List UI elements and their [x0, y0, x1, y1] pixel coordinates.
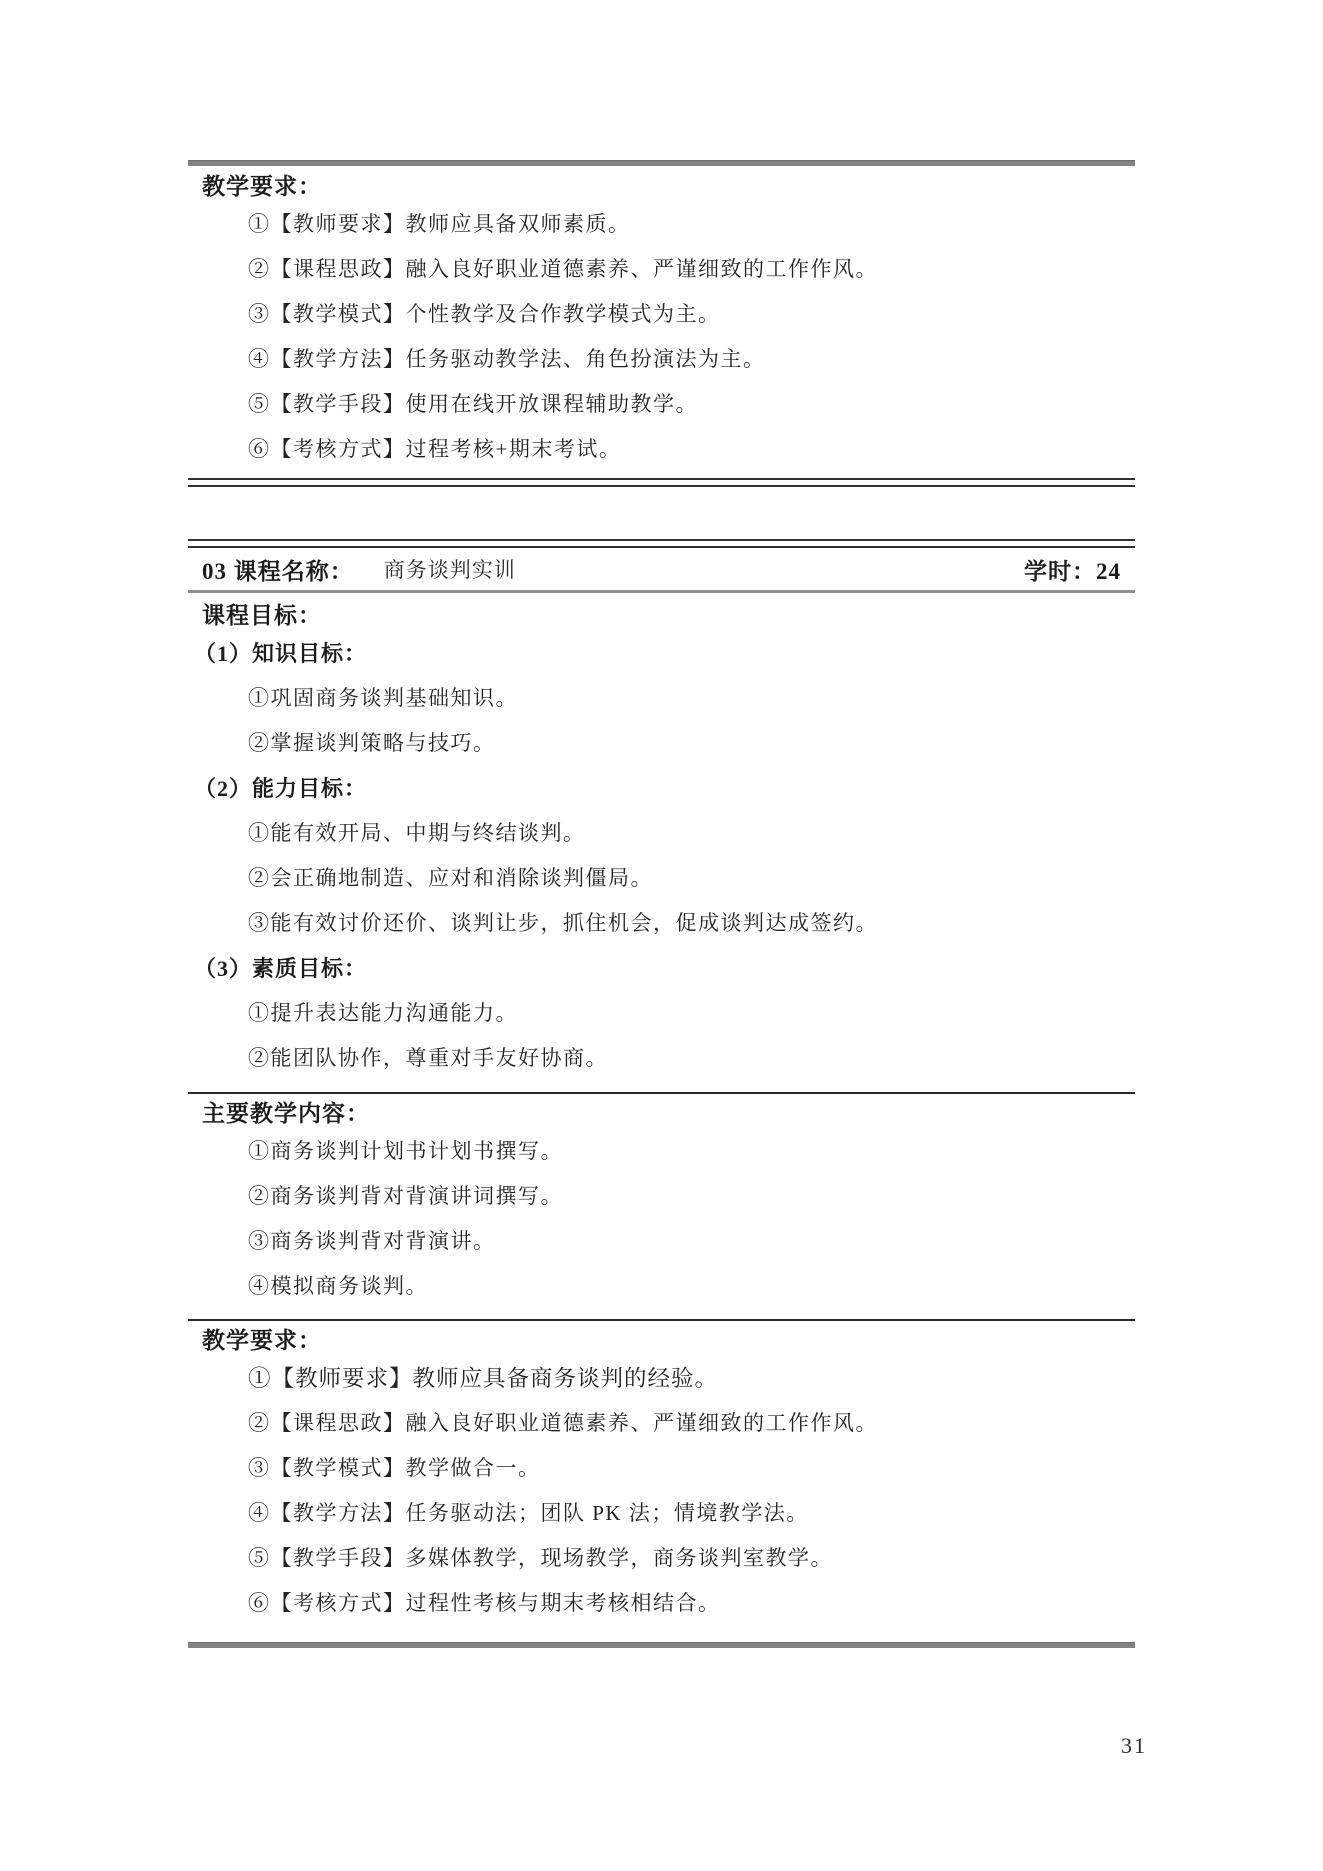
list-item: ①能有效开局、中期与终结谈判。 — [188, 811, 1135, 856]
list-item: ①提升表达能力沟通能力。 — [188, 991, 1135, 1036]
objective-group-title: （3）素质目标： — [188, 946, 1135, 991]
list-item: ②【课程思政】融入良好职业道德素养、严谨细致的工作作风。 — [188, 247, 1135, 292]
list-item: ①【教师要求】教师应具备双师素质。 — [188, 202, 1135, 247]
course-title-row: 03 课程名称： 商务谈判实训 学时：24 — [188, 548, 1135, 590]
double-line-divider — [188, 539, 1135, 548]
section-gap — [188, 487, 1135, 539]
list-item: ②能团队协作，尊重对手友好协商。 — [188, 1036, 1135, 1081]
list-item: ②会正确地制造、应对和消除谈判僵局。 — [188, 856, 1135, 901]
course-hours: 学时：24 — [1024, 553, 1121, 586]
thick-gray-divider-bottom — [188, 1642, 1135, 1648]
page-number: 31 — [1121, 1733, 1147, 1759]
thick-gray-divider-top — [188, 160, 1135, 166]
list-item: ②掌握谈判策略与技巧。 — [188, 721, 1135, 766]
list-item: ④【教学方法】任务驱动教学法、角色扮演法为主。 — [188, 337, 1135, 382]
list-item: ⑤【教学手段】使用在线开放课程辅助教学。 — [188, 382, 1135, 427]
course-name: 商务谈判实训 — [384, 554, 516, 584]
gray-line-divider — [188, 590, 1135, 593]
list-item: ⑥【考核方式】过程考核+期末考试。 — [188, 427, 1135, 472]
thin-line-divider — [188, 1319, 1135, 1321]
double-line-divider — [188, 478, 1135, 487]
section-teaching-requirements-prev-course: 教学要求： ①【教师要求】教师应具备双师素质。 ②【课程思政】融入良好职业道德素… — [188, 160, 1135, 487]
section-course-03: 03 课程名称： 商务谈判实训 学时：24 课程目标： （1）知识目标： ①巩固… — [188, 539, 1135, 1648]
document-body: 教学要求： ①【教师要求】教师应具备双师素质。 ②【课程思政】融入良好职业道德素… — [188, 160, 1135, 1648]
objective-group-title: （1）知识目标： — [188, 631, 1135, 676]
teaching-requirements-heading: 教学要求： — [202, 172, 1135, 202]
list-item: ③【教学模式】教学做合一。 — [188, 1446, 1135, 1491]
list-item: ①巩固商务谈判基础知识。 — [188, 676, 1135, 721]
course-number-label: 03 课程名称： — [202, 553, 354, 586]
list-item: ③商务谈判背对背演讲。 — [188, 1219, 1135, 1264]
objective-group-title: （2）能力目标： — [188, 766, 1135, 811]
teaching-requirements-heading: 教学要求： — [202, 1326, 1135, 1356]
list-item: ④【教学方法】任务驱动法；团队 PK 法；情境教学法。 — [188, 1491, 1135, 1536]
list-item: ⑥【考核方式】过程性考核与期末考核相结合。 — [188, 1581, 1135, 1626]
list-item: ②【课程思政】融入良好职业道德素养、严谨细致的工作作风。 — [188, 1401, 1135, 1446]
list-item: ①【教师要求】教师应具备商务谈判的经验。 — [188, 1356, 1135, 1401]
list-item: ③【教学模式】个性教学及合作教学模式为主。 — [188, 292, 1135, 337]
list-item: ①商务谈判计划书计划书撰写。 — [188, 1129, 1135, 1174]
list-item: ⑤【教学手段】多媒体教学，现场教学，商务谈判室教学。 — [188, 1536, 1135, 1581]
thin-line-divider — [188, 1092, 1135, 1094]
list-item: ②商务谈判背对背演讲词撰写。 — [188, 1174, 1135, 1219]
teaching-content-heading: 主要教学内容： — [202, 1099, 1135, 1129]
list-item: ④模拟商务谈判。 — [188, 1264, 1135, 1309]
list-item: ③能有效讨价还价、谈判让步，抓住机会，促成谈判达成签约。 — [188, 901, 1135, 946]
course-objectives-heading: 课程目标： — [202, 601, 1135, 631]
